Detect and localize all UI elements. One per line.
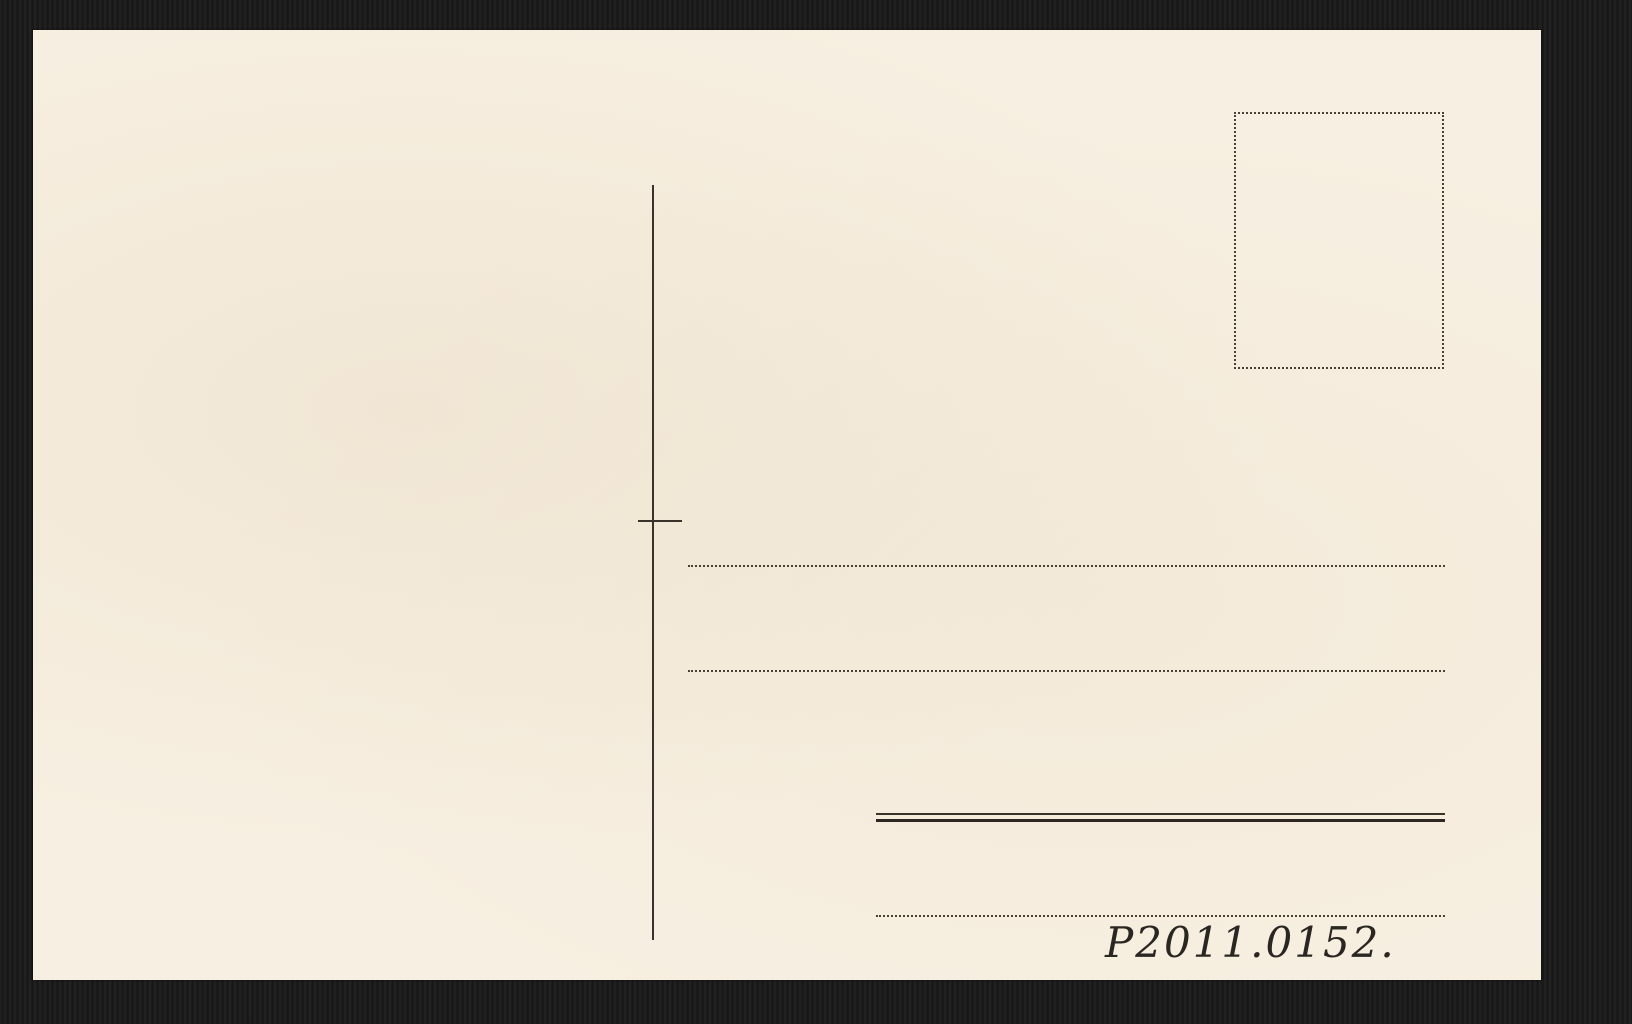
address-line-1 bbox=[688, 565, 1445, 567]
stamp-placement-box bbox=[1234, 112, 1444, 369]
handwritten-catalog-number: P2011.0152. bbox=[1105, 918, 1396, 967]
postcard-back: P2011.0152. bbox=[33, 30, 1541, 980]
address-line-2 bbox=[688, 670, 1445, 672]
divider-tick-mark bbox=[638, 520, 682, 522]
address-line-3-double bbox=[876, 819, 1445, 822]
address-line-4 bbox=[876, 915, 1445, 917]
address-line-3 bbox=[876, 813, 1445, 815]
center-divider-line bbox=[652, 185, 654, 940]
